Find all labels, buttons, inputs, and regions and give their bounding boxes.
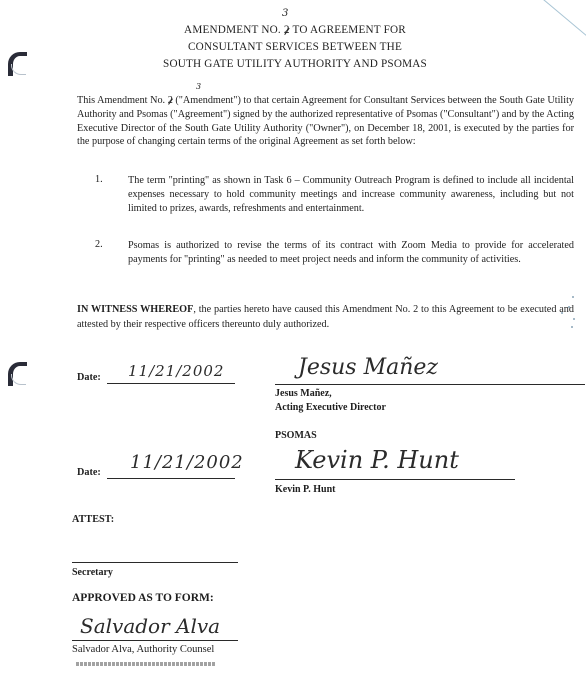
- attest-signature-line: [72, 562, 238, 563]
- counsel-name: Salvador Alva, Authority Counsel: [72, 644, 214, 655]
- intro-struck-number: 2: [168, 94, 173, 108]
- item-1-number: 1.: [95, 174, 103, 185]
- attest-label: ATTEST:: [72, 514, 114, 525]
- attest-role: Secretary: [72, 566, 113, 579]
- owner-date-handwritten: 11/21/2002: [128, 362, 224, 380]
- consultant-date-handwritten: 11/21/2002: [130, 452, 244, 473]
- item-2-text: Psomas is authorized to revise the terms…: [128, 239, 574, 267]
- document-title-line-2: CONSULTANT SERVICES BETWEEN THE: [120, 39, 470, 56]
- consultant-org: PSOMAS: [275, 429, 317, 442]
- counsel-signature: Salvador Alva: [80, 614, 220, 638]
- owner-signature: Jesus Mañez: [298, 355, 438, 380]
- illegible-file-path-footer: [76, 662, 216, 666]
- punch-hole-mark-middle: [8, 362, 27, 386]
- document-title-line-3: SOUTH GATE UTILITY AUTHORITY AND PSOMAS: [120, 56, 470, 73]
- consultant-signature: Kevin P. Hunt: [295, 446, 459, 474]
- consultant-date-label: Date:: [77, 467, 101, 478]
- consultant-date-line: [107, 478, 235, 479]
- owner-date-label: Date:: [77, 372, 101, 383]
- item-1-text: The term "printing" as shown in Task 6 –…: [128, 174, 574, 215]
- consultant-signature-line: [275, 479, 515, 480]
- title-prefix: AMENDMENT NO.: [184, 24, 281, 36]
- owner-signature-line: [275, 384, 585, 385]
- item-2-number: 2.: [95, 239, 103, 250]
- document-title-line-1: AMENDMENT NO. 2 TO AGREEMENT FOR: [120, 22, 470, 39]
- intro-paragraph: This Amendment No. 2 ("Amendment") to th…: [77, 94, 574, 149]
- punch-hole-mark-top: [8, 52, 27, 76]
- witness-clause: IN WITNESS WHEREOF, the parties hereto h…: [77, 303, 574, 332]
- counsel-signature-line: [72, 640, 238, 641]
- scan-edge-line: [539, 0, 586, 42]
- handwritten-intro-number: 3: [196, 82, 201, 91]
- intro-prefix: This Amendment No.: [77, 95, 165, 106]
- owner-date-line: [107, 383, 235, 384]
- consultant-name: Kevin P. Hunt: [275, 483, 335, 496]
- handwritten-amendment-number: 3: [282, 8, 288, 19]
- scan-speck: [572, 296, 574, 298]
- owner-name: Jesus Mañez,: [275, 387, 332, 400]
- owner-title: Acting Executive Director: [275, 401, 386, 414]
- witness-lead: IN WITNESS WHEREOF: [77, 304, 193, 315]
- title-suffix: TO AGREEMENT FOR: [293, 24, 406, 36]
- approved-label: APPROVED AS TO FORM:: [72, 592, 214, 604]
- struck-amendment-number: 2: [284, 22, 290, 39]
